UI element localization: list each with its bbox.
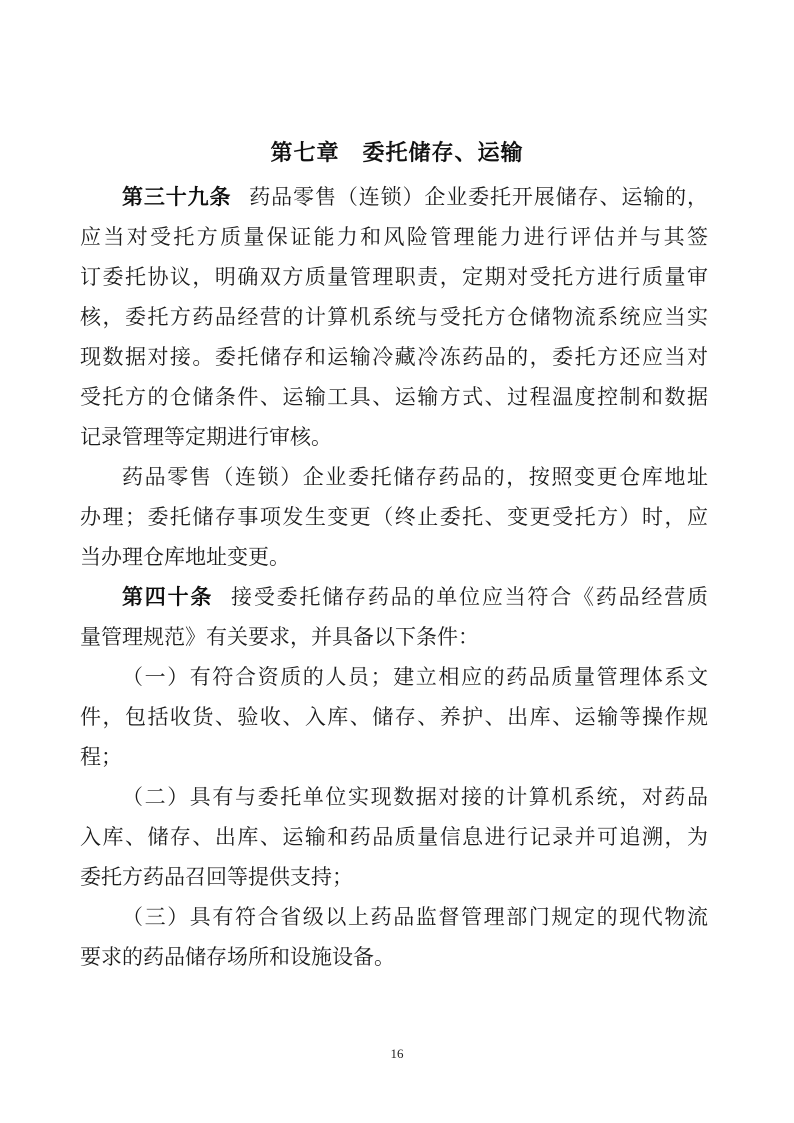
text-line: （一）有符合资质的人员；建立相应的药品质量管理体系文	[80, 657, 708, 697]
text-line: 件，包括收货、验收、入库、储存、养护、出库、运输等操作规	[80, 697, 708, 737]
line-text: 核，委托方药品经营的计算机系统与受托方仓储物流系统应当实	[80, 305, 708, 329]
text-line: 核，委托方药品经营的计算机系统与受托方仓储物流系统应当实	[80, 297, 708, 337]
article-number: 第三十九条	[122, 185, 231, 209]
text-line: 量管理规范》有关要求，并具备以下条件：	[80, 617, 708, 657]
line-text: 当办理仓库地址变更。	[80, 545, 290, 569]
text-line: 订委托协议，明确双方质量管理职责，定期对受托方进行质量审	[80, 257, 708, 297]
line-text: 订委托协议，明确双方质量管理职责，定期对受托方进行质量审	[80, 265, 708, 289]
text-line: 入库、储存、出库、运输和药品质量信息进行记录并可追溯，为	[80, 817, 708, 857]
page-number: 16	[0, 1045, 794, 1063]
text-line: 委托方药品召回等提供支持；	[80, 857, 708, 897]
line-text: 件，包括收货、验收、入库、储存、养护、出库、运输等操作规	[80, 705, 708, 729]
text-line: 当办理仓库地址变更。	[80, 537, 708, 577]
text-line: 要求的药品储存场所和设施设备。	[80, 937, 708, 977]
line-text: 药品零售（连锁）企业委托开展储存、运输的，	[249, 185, 708, 209]
text-line: 程；	[80, 737, 708, 777]
line-text: 办理；委托储存事项发生变更（终止委托、变更受托方）时，应	[80, 505, 708, 529]
line-text: 入库、储存、出库、运输和药品质量信息进行记录并可追溯，为	[80, 825, 708, 849]
text-line: 第三十九条药品零售（连锁）企业委托开展储存、运输的，	[80, 177, 708, 217]
text-line: 受托方的仓储条件、运输工具、运输方式、过程温度控制和数据	[80, 377, 708, 417]
text-line: （二）具有与委托单位实现数据对接的计算机系统，对药品	[80, 777, 708, 817]
line-text: 受托方的仓储条件、运输工具、运输方式、过程温度控制和数据	[80, 385, 708, 409]
line-text: 药品零售（连锁）企业委托储存药品的，按照变更仓库地址	[122, 465, 708, 489]
text-line: 应当对受托方质量保证能力和风险管理能力进行评估并与其签	[80, 217, 708, 257]
line-text: （三）具有符合省级以上药品监督管理部门规定的现代物流	[122, 905, 708, 929]
text-line: 记录管理等定期进行审核。	[80, 417, 708, 457]
chapter-title: 第七章 委托储存、运输	[0, 140, 794, 166]
line-text: （二）具有与委托单位实现数据对接的计算机系统，对药品	[122, 785, 708, 809]
line-text: 量管理规范》有关要求，并具备以下条件：	[80, 625, 479, 649]
document-page: 第七章 委托储存、运输 第三十九条药品零售（连锁）企业委托开展储存、运输的， 应…	[0, 0, 794, 1123]
line-text: 程；	[80, 745, 122, 769]
article-number: 第四十条	[122, 585, 213, 609]
line-text: 记录管理等定期进行审核。	[80, 425, 332, 449]
text-line: （三）具有符合省级以上药品监督管理部门规定的现代物流	[80, 897, 708, 937]
line-text: 现数据对接。委托储存和运输冷藏冷冻药品的，委托方还应当对	[80, 345, 708, 369]
line-text: 委托方药品召回等提供支持；	[80, 865, 353, 889]
text-line: 药品零售（连锁）企业委托储存药品的，按照变更仓库地址	[80, 457, 708, 497]
line-text: 应当对受托方质量保证能力和风险管理能力进行评估并与其签	[80, 225, 708, 249]
text-line: 现数据对接。委托储存和运输冷藏冷冻药品的，委托方还应当对	[80, 337, 708, 377]
document-body: 第三十九条药品零售（连锁）企业委托开展储存、运输的， 应当对受托方质量保证能力和…	[80, 177, 708, 977]
text-line: 办理；委托储存事项发生变更（终止委托、变更受托方）时，应	[80, 497, 708, 537]
line-text: 接受委托储存药品的单位应当符合《药品经营质	[231, 585, 708, 609]
line-text: 要求的药品储存场所和设施设备。	[80, 945, 395, 969]
text-line: 第四十条接受委托储存药品的单位应当符合《药品经营质	[80, 577, 708, 617]
line-text: （一）有符合资质的人员；建立相应的药品质量管理体系文	[122, 665, 708, 689]
